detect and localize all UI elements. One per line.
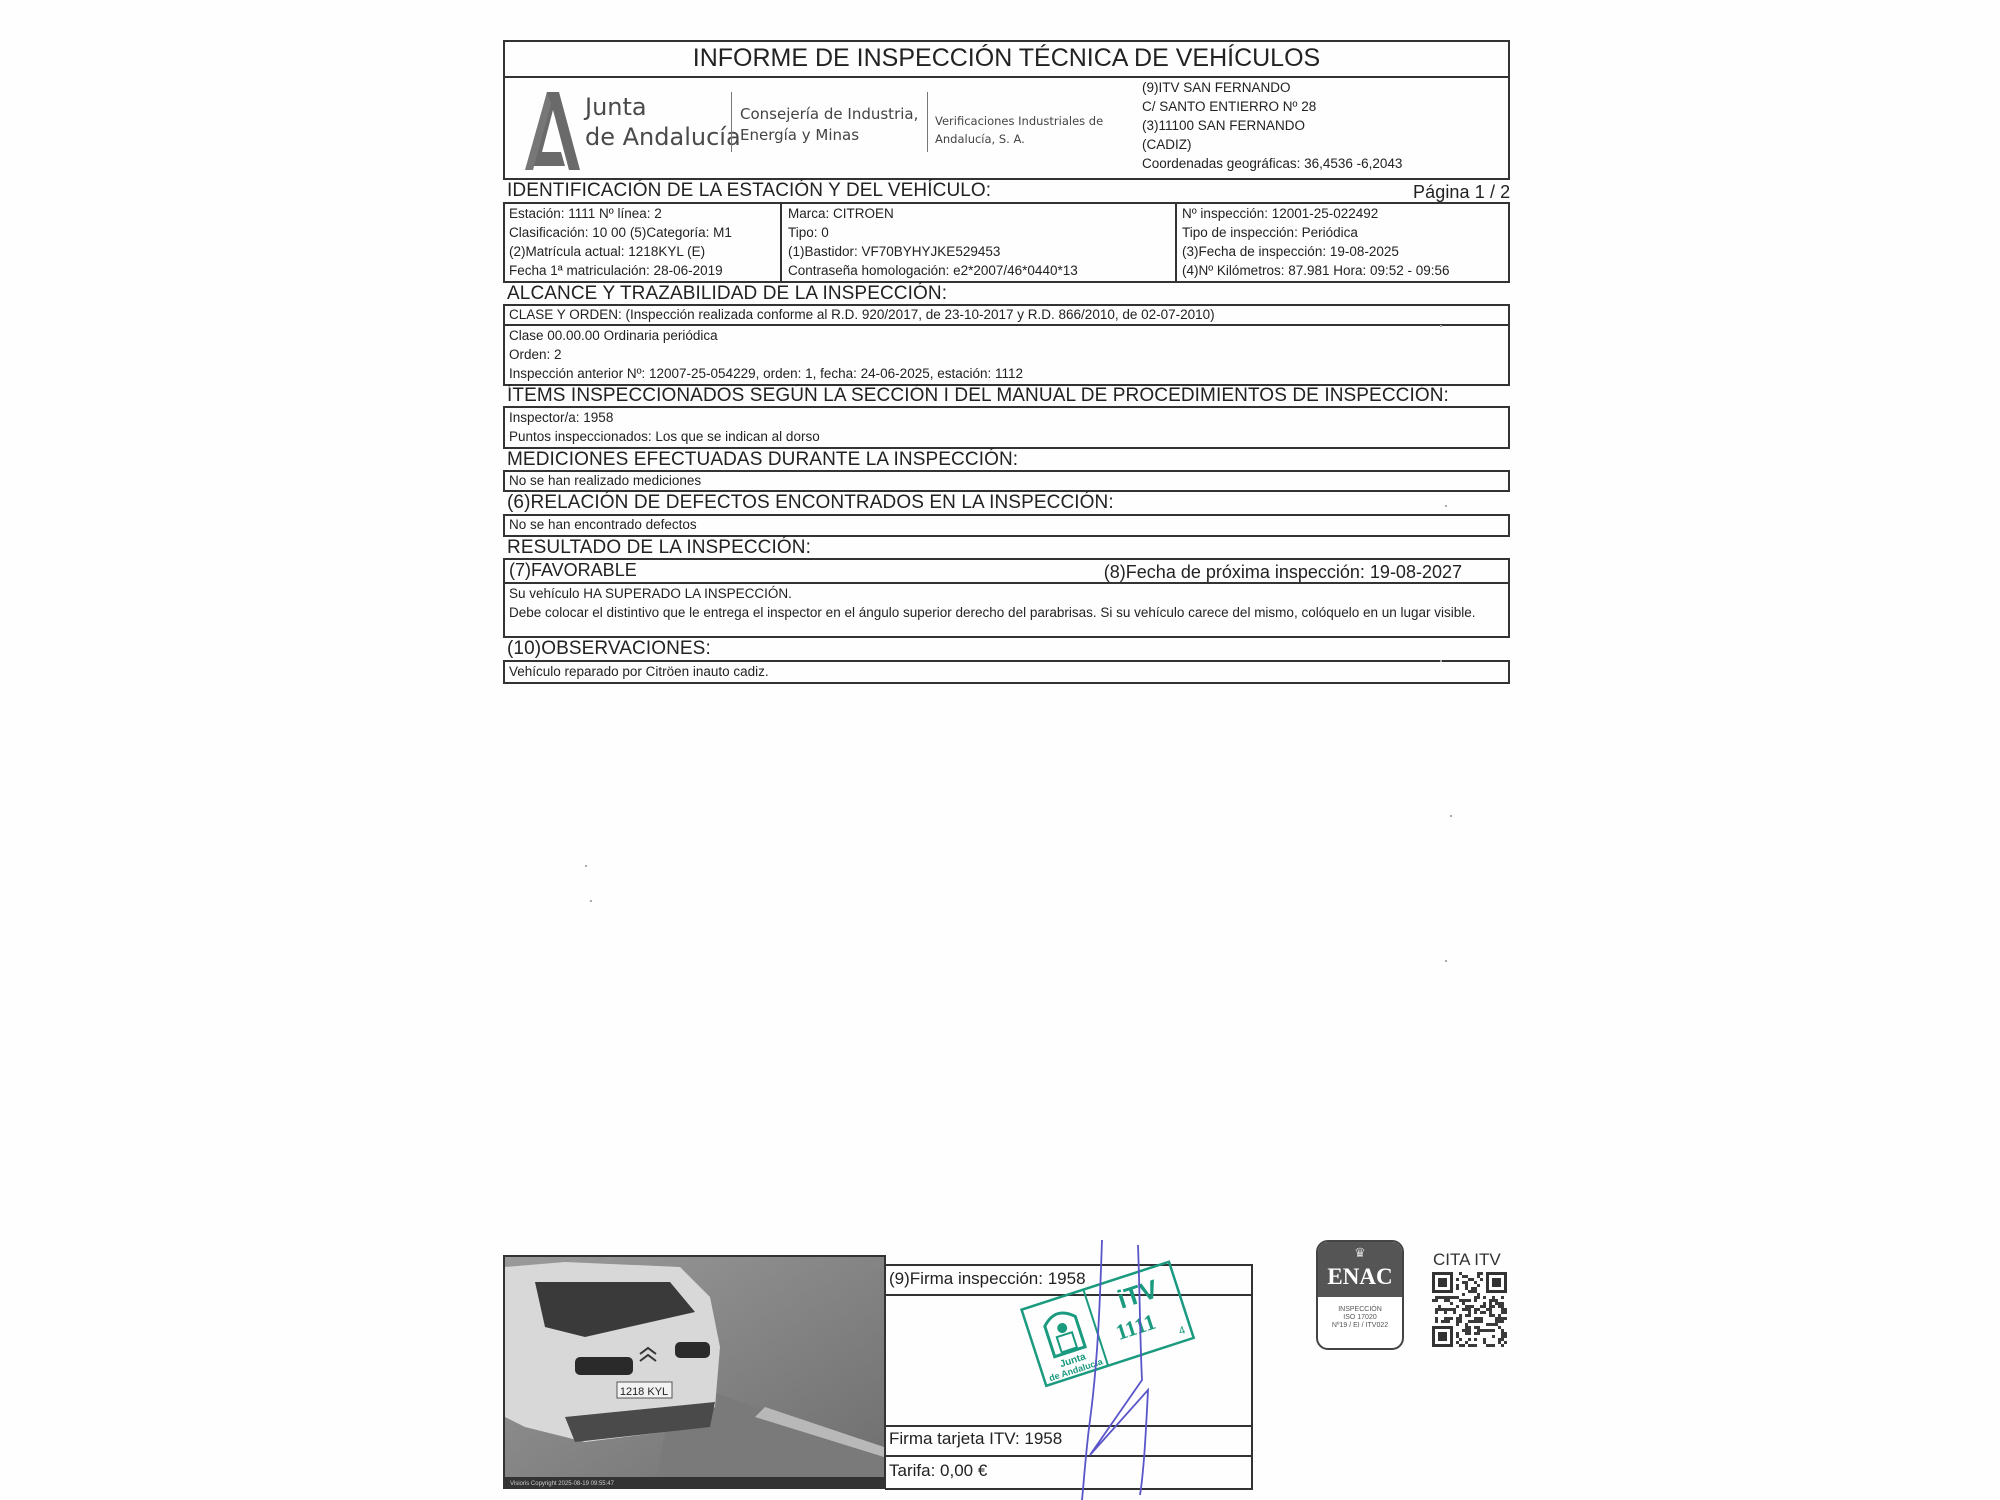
- verificaciones-line1: Verificaciones Industriales de: [935, 112, 1103, 130]
- bastidor: (1)Bastidor: VF70BYHYJKE529453: [788, 242, 1078, 261]
- vehicle-column: Marca: CITROEN Tipo: 0 (1)Bastidor: VF70…: [788, 204, 1078, 280]
- station-address: (9)ITV SAN FERNANDO C/ SANTO ENTIERRO Nº…: [1142, 78, 1402, 173]
- station-coordinates: Coordenadas geográficas: 36,4536 -6,2043: [1142, 154, 1402, 173]
- resultado-heading: RESULTADO DE LA INSPECCIÓN:: [507, 537, 811, 559]
- resultado-instructions: Debe colocar el distintivo que le entreg…: [509, 603, 1504, 622]
- junta-logo-text: Junta de Andalucía: [585, 92, 741, 152]
- svg-text:1218 KYL: 1218 KYL: [620, 1386, 668, 1398]
- clasificacion: Clasificación: 10 00 (5)Categoría: M1: [509, 223, 732, 242]
- defectos-text: No se han encontrado defectos: [509, 515, 697, 534]
- mediciones-box: No se han realizado mediciones: [503, 470, 1510, 492]
- consejeria-text: Consejería de Industria, Energía y Minas: [740, 104, 918, 146]
- fecha-inspeccion: (3)Fecha de inspección: 19-08-2025: [1182, 242, 1450, 261]
- crown-icon: ♛: [1318, 1245, 1402, 1261]
- handwritten-signature: [1060, 1240, 1180, 1500]
- clase: Clase 00.00.00 Ordinaria periódica: [509, 326, 1023, 345]
- junta-logo-line2: de Andalucía: [585, 122, 741, 152]
- alcance-lines: Clase 00.00.00 Ordinaria periódica Orden…: [509, 326, 1023, 383]
- tarifa: Tarifa: 0,00 €: [889, 1461, 987, 1481]
- station-name: (9)ITV SAN FERNANDO: [1142, 78, 1402, 97]
- enac-line1: INSPECCIÓN: [1318, 1306, 1402, 1314]
- enac-line3: Nº19 / EI / ITV022: [1318, 1322, 1402, 1330]
- logo-divider-2: [927, 92, 928, 152]
- observaciones-box: Vehículo reparado por Citröen inauto cad…: [503, 660, 1510, 684]
- vehicle-photo: 1218 KYL Visioris Copyright 2025-08-19 0…: [503, 1255, 886, 1489]
- qr-code[interactable]: [1432, 1272, 1507, 1347]
- identificacion-heading: IDENTIFICACIÓN DE LA ESTACIÓN Y DEL VEHÍ…: [507, 180, 991, 202]
- resultado-passed: Su vehículo HA SUPERADO LA INSPECCIÓN.: [509, 584, 1504, 603]
- next-inspection-date: (8)Fecha de próxima inspección: 19-08-20…: [1104, 562, 1462, 582]
- consejeria-line1: Consejería de Industria,: [740, 104, 918, 125]
- alcance-heading: ALCANCE Y TRAZABILIDAD DE LA INSPECCIÓN:: [507, 283, 947, 305]
- contrasena-homologacion: Contraseña homologación: e2*2007/46*0440…: [788, 261, 1078, 280]
- firma-tarjeta: Firma tarjeta ITV: 1958: [889, 1429, 1062, 1449]
- observaciones-heading: (10)OBSERVACIONES:: [507, 638, 711, 660]
- clase-orden: CLASE Y ORDEN: (Inspección realizada con…: [509, 305, 1215, 324]
- numero-inspeccion: Nº inspección: 12001-25-022492: [1182, 204, 1450, 223]
- svg-text:Visioris Copyright 2025-08-19: Visioris Copyright 2025-08-19 09:55:47: [510, 1481, 615, 1487]
- station-street: C/ SANTO ENTIERRO Nº 28: [1142, 97, 1402, 116]
- qr-label: CITA ITV: [1433, 1250, 1501, 1270]
- inspection-column: Nº inspección: 12001-25-022492 Tipo de i…: [1182, 204, 1450, 280]
- inspector: Inspector/a: 1958: [509, 408, 820, 427]
- matricula: (2)Matrícula actual: 1218KYL (E): [509, 242, 732, 261]
- items-box: Inspector/a: 1958 Puntos inspeccionados:…: [503, 406, 1510, 449]
- station-column: Estación: 1111 Nº línea: 2 Clasificación…: [509, 204, 732, 280]
- enac-title: ENAC: [1318, 1264, 1402, 1290]
- junta-logo-icon: [525, 92, 580, 170]
- vehicle-photo-image: 1218 KYL Visioris Copyright 2025-08-19 0…: [505, 1257, 884, 1487]
- enac-badge: ♛ ENAC INSPECCIÓN ISO 17020 Nº19 / EI / …: [1316, 1240, 1404, 1350]
- consejeria-line2: Energía y Minas: [740, 125, 918, 146]
- station-city: (3)11100 SAN FERNANDO: [1142, 116, 1402, 135]
- estacion-linea: Estación: 1111 Nº línea: 2: [509, 204, 732, 223]
- junta-logo-line1: Junta: [585, 92, 741, 122]
- page-number: Página 1 / 2: [1413, 182, 1510, 203]
- kilometros-hora: (4)Nº Kilómetros: 87.981 Hora: 09:52 - 0…: [1182, 261, 1450, 280]
- fecha-matriculacion: Fecha 1ª matriculación: 28-06-2019: [509, 261, 732, 280]
- vehicle-id-box: Estación: 1111 Nº línea: 2 Clasificación…: [503, 202, 1510, 283]
- defectos-heading: (6)RELACIÓN DE DEFECTOS ENCONTRADOS EN L…: [507, 492, 1114, 514]
- mediciones-text: No se han realizado mediciones: [509, 471, 701, 490]
- station-province: (CADIZ): [1142, 135, 1402, 154]
- defectos-box: No se han encontrado defectos: [503, 514, 1510, 537]
- header-box: INFORME DE INSPECCIÓN TÉCNICA DE VEHÍCUL…: [503, 40, 1510, 180]
- enac-line2: ISO 17020: [1318, 1314, 1402, 1322]
- resultado-status: (7)FAVORABLE: [509, 560, 637, 580]
- marca: Marca: CITROEN: [788, 204, 1078, 223]
- mediciones-heading: MEDICIONES EFECTUADAS DURANTE LA INSPECC…: [507, 449, 1018, 471]
- tipo: Tipo: 0: [788, 223, 1078, 242]
- inspeccion-anterior: Inspección anterior Nº: 12007-25-054229,…: [509, 364, 1023, 383]
- clase-orden-box: CLASE Y ORDEN: (Inspección realizada con…: [503, 304, 1510, 386]
- verificaciones-line2: Andalucía, S. A.: [935, 130, 1103, 148]
- orden: Orden: 2: [509, 345, 1023, 364]
- logo-divider: [731, 92, 732, 152]
- resultado-box: (7)FAVORABLE (8)Fecha de próxima inspecc…: [503, 558, 1510, 638]
- report-title: INFORME DE INSPECCIÓN TÉCNICA DE VEHÍCUL…: [505, 44, 1508, 73]
- observaciones-text: Vehículo reparado por Citröen inauto cad…: [509, 662, 769, 681]
- verificaciones-text: Verificaciones Industriales de Andalucía…: [935, 112, 1103, 148]
- tipo-inspeccion: Tipo de inspección: Periódica: [1182, 223, 1450, 242]
- puntos-inspeccionados: Puntos inspeccionados: Los que se indica…: [509, 427, 820, 446]
- items-heading: ÍTEMS INSPECCIONADOS SEGÚN LA SECCIÓN I …: [507, 385, 1449, 407]
